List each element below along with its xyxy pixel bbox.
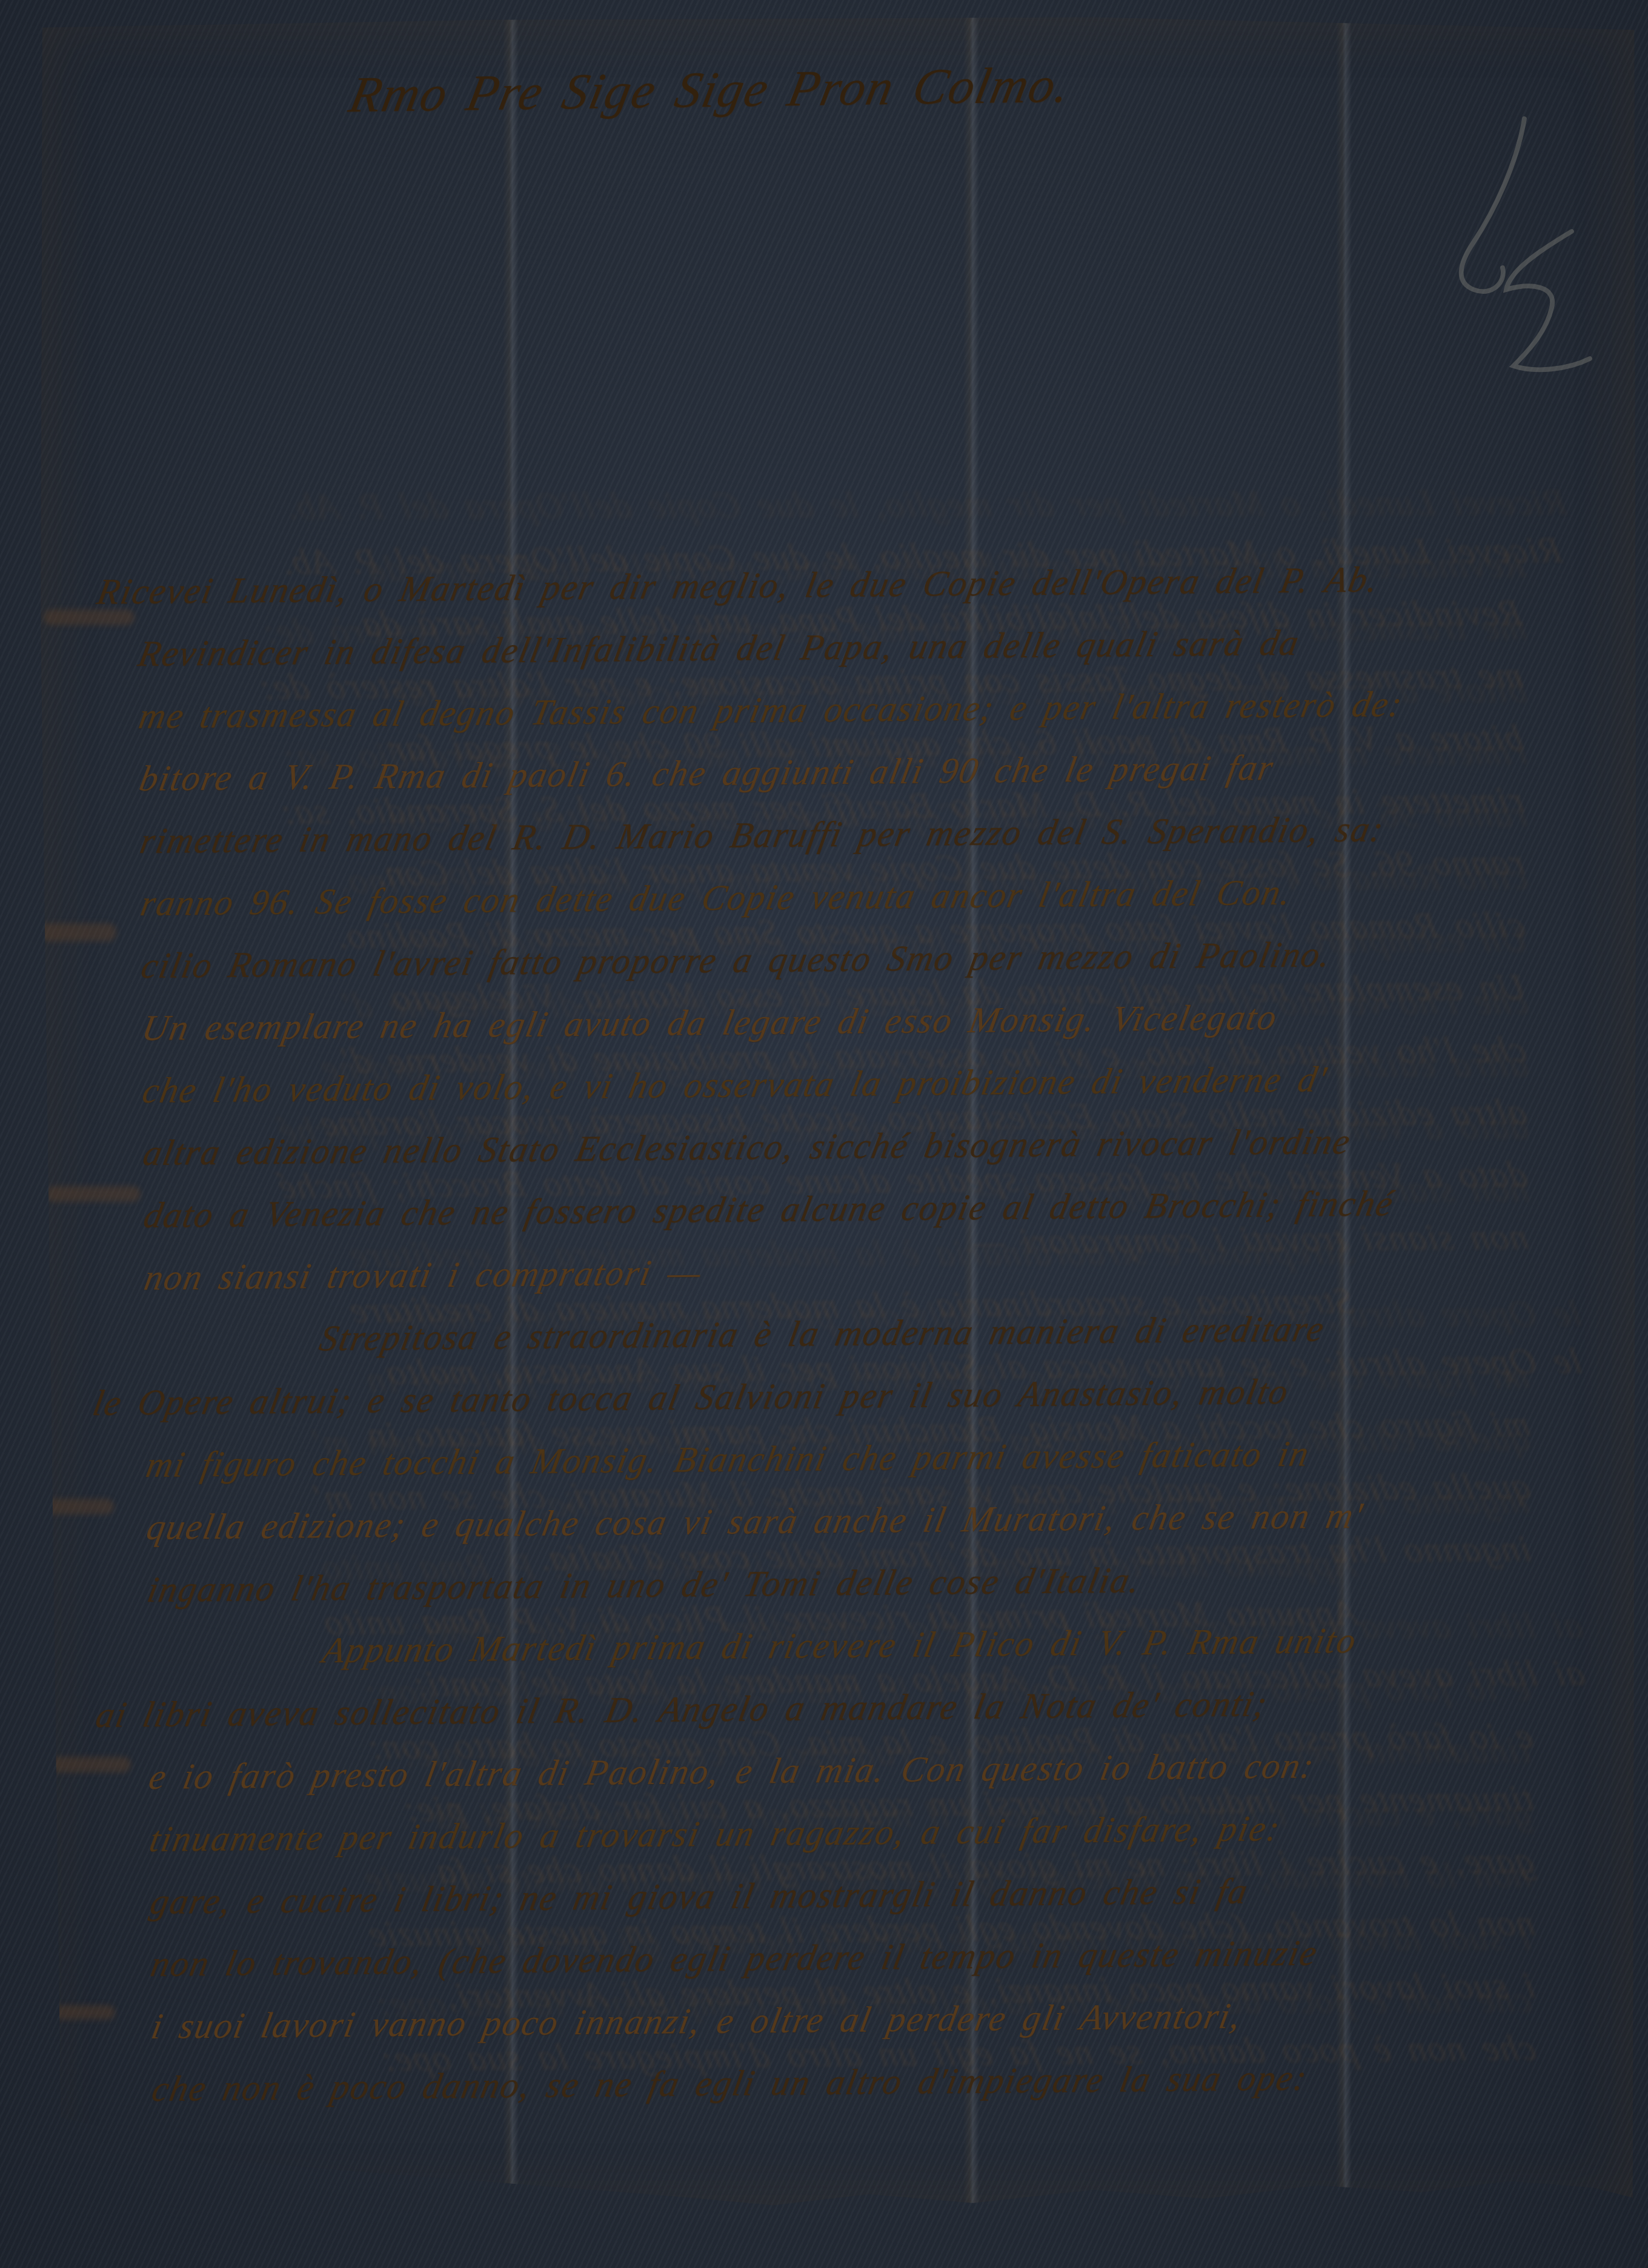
letter-salutation: Rmo Pre Sige Sige Pron Colmo. <box>345 56 1076 125</box>
letter-paper: Rmo Pre Sige Sige Pron Colmo. Ricevei Lu… <box>35 13 1638 2207</box>
letter-body: Ricevei Lunedì, o Martedì per dir meglio… <box>35 546 1638 2121</box>
pencil-mark <box>1412 115 1612 388</box>
